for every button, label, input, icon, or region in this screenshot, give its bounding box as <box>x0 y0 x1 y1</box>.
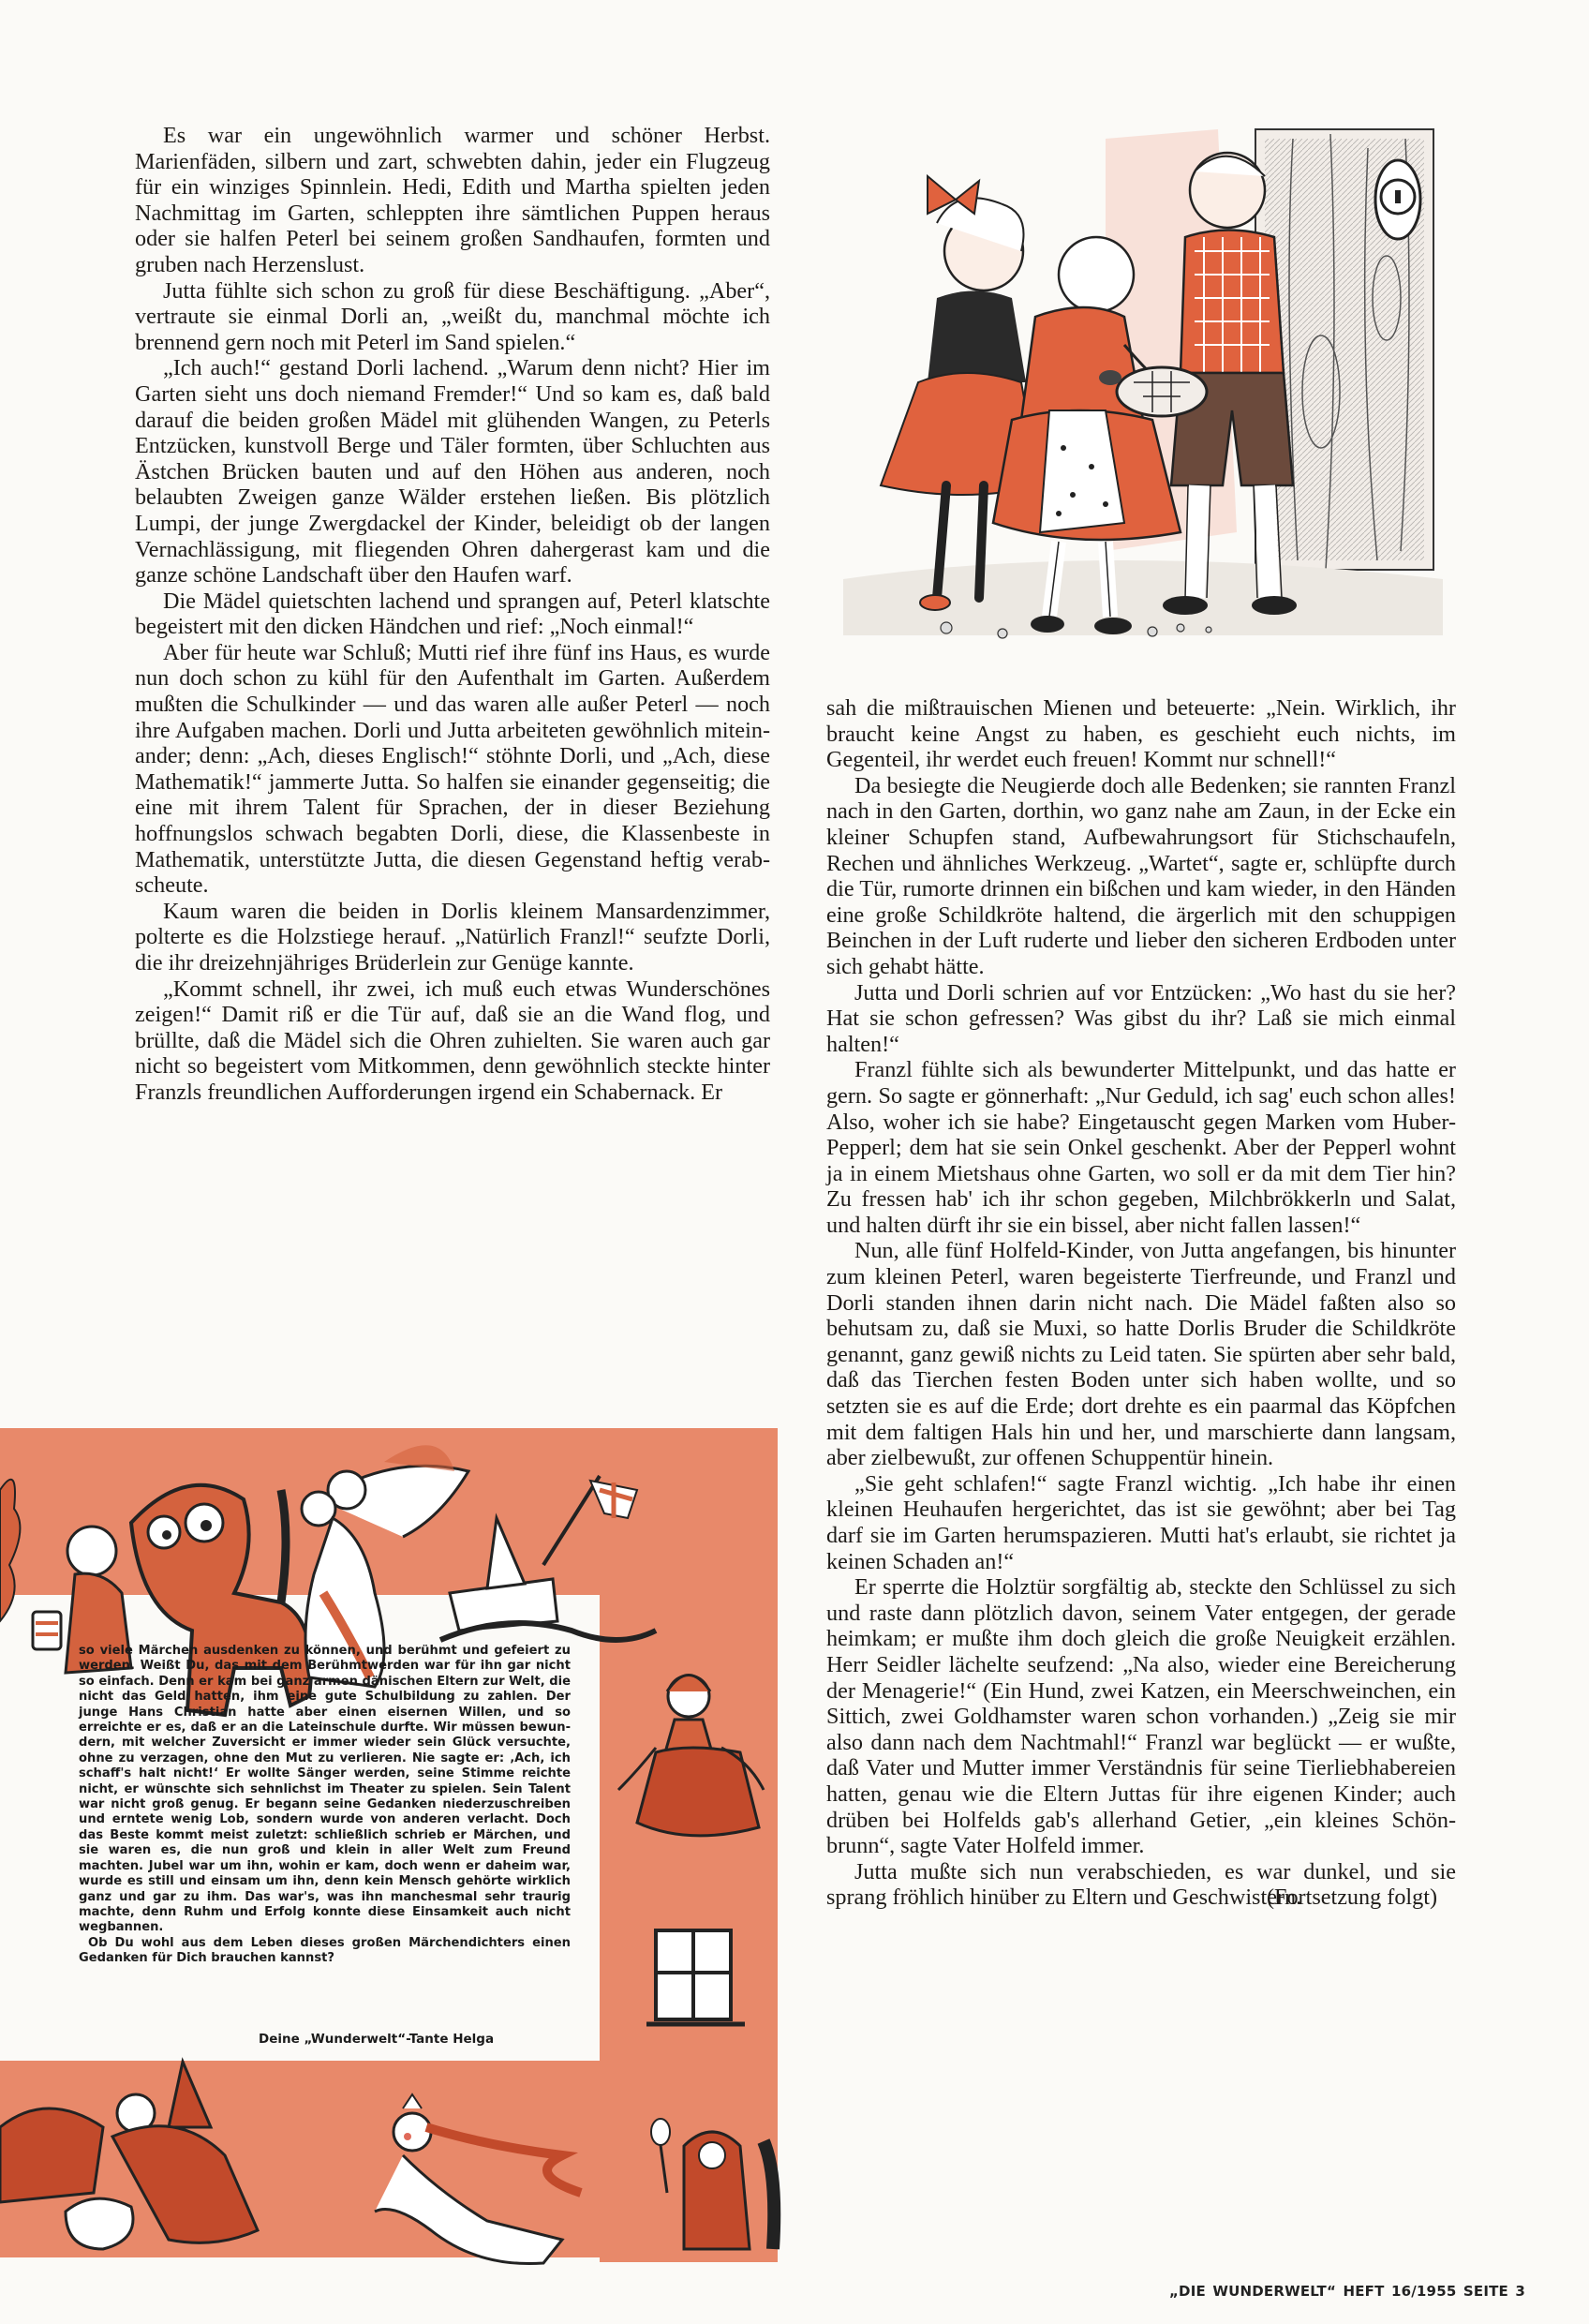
story-column-left: Es war ein ungewöhnlich warmer und schön… <box>135 123 770 1106</box>
children-with-tortoise-illustration <box>824 111 1480 654</box>
illustration-icon <box>824 111 1480 654</box>
story-paragraph: „Ich auch!“ gestand Dorli lachend. „Waru… <box>135 355 770 588</box>
story-paragraph: Nun, alle fünf Holfeld-Kinder, von Jutta… <box>826 1238 1456 1470</box>
story-paragraph: Aber für heute war Schluß; Mutti rief ih… <box>135 640 770 899</box>
girl-in-red-dress-icon <box>618 1676 764 1836</box>
story-paragraph: Er sperrte die Holztür sorgfältig ab, st… <box>826 1574 1456 1859</box>
story-paragraph: „Kommt schnell, ihr zwei, ich muß euch e… <box>135 976 770 1106</box>
paper-boat-with-flag-icon <box>440 1476 656 1640</box>
story-paragraph: sah die mißtrauischen Mienen und beteuer… <box>826 695 1456 773</box>
wizard-with-sack-icon <box>0 2062 258 2249</box>
story-paragraph: Die Mädel quietschten lachend und sprang… <box>135 588 770 640</box>
story-paragraph: Kaum waren die beiden in Dorlis kleinem … <box>135 899 770 976</box>
page-footer: „DIE WUNDERWELT“ HEFT 16/1955 SEITE 3 <box>1169 2283 1525 2300</box>
mermaid-icon <box>375 2094 581 2264</box>
window-icon <box>646 1930 745 2024</box>
story-column-right: sah die mißtrauischen Mienen und beteuer… <box>826 695 1456 1911</box>
letter-paragraph: so viele Märchen ausdenken zu können, un… <box>79 1644 571 1936</box>
story-paragraph: „Sie geht schlafen!“ sagte Franzl wichti… <box>826 1471 1456 1574</box>
letter-paragraph: Ob Du wohl aus dem Leben dieses großen M… <box>79 1936 571 1967</box>
letter-signature: Deine „Wunderwelt“-Tante Helga <box>259 2032 494 2047</box>
story-paragraph: Es war ein ungewöhnlich warmer und schön… <box>135 123 770 278</box>
story-paragraph: Jutta und Dorli schrien auf vor Entzücke… <box>826 980 1456 1058</box>
letter-text: so viele Märchen ausdenken zu können, un… <box>79 1644 571 1967</box>
story-paragraph: Da besiegte die Neugierde doch alle Bede… <box>826 773 1456 980</box>
story-paragraph: Franzl fühlte sich als bewunderter Mitte… <box>826 1057 1456 1238</box>
story-paragraph: Jutta fühlte sich schon zu groß für dies… <box>135 278 770 356</box>
old-woman-with-spoon-icon <box>651 2119 774 2249</box>
